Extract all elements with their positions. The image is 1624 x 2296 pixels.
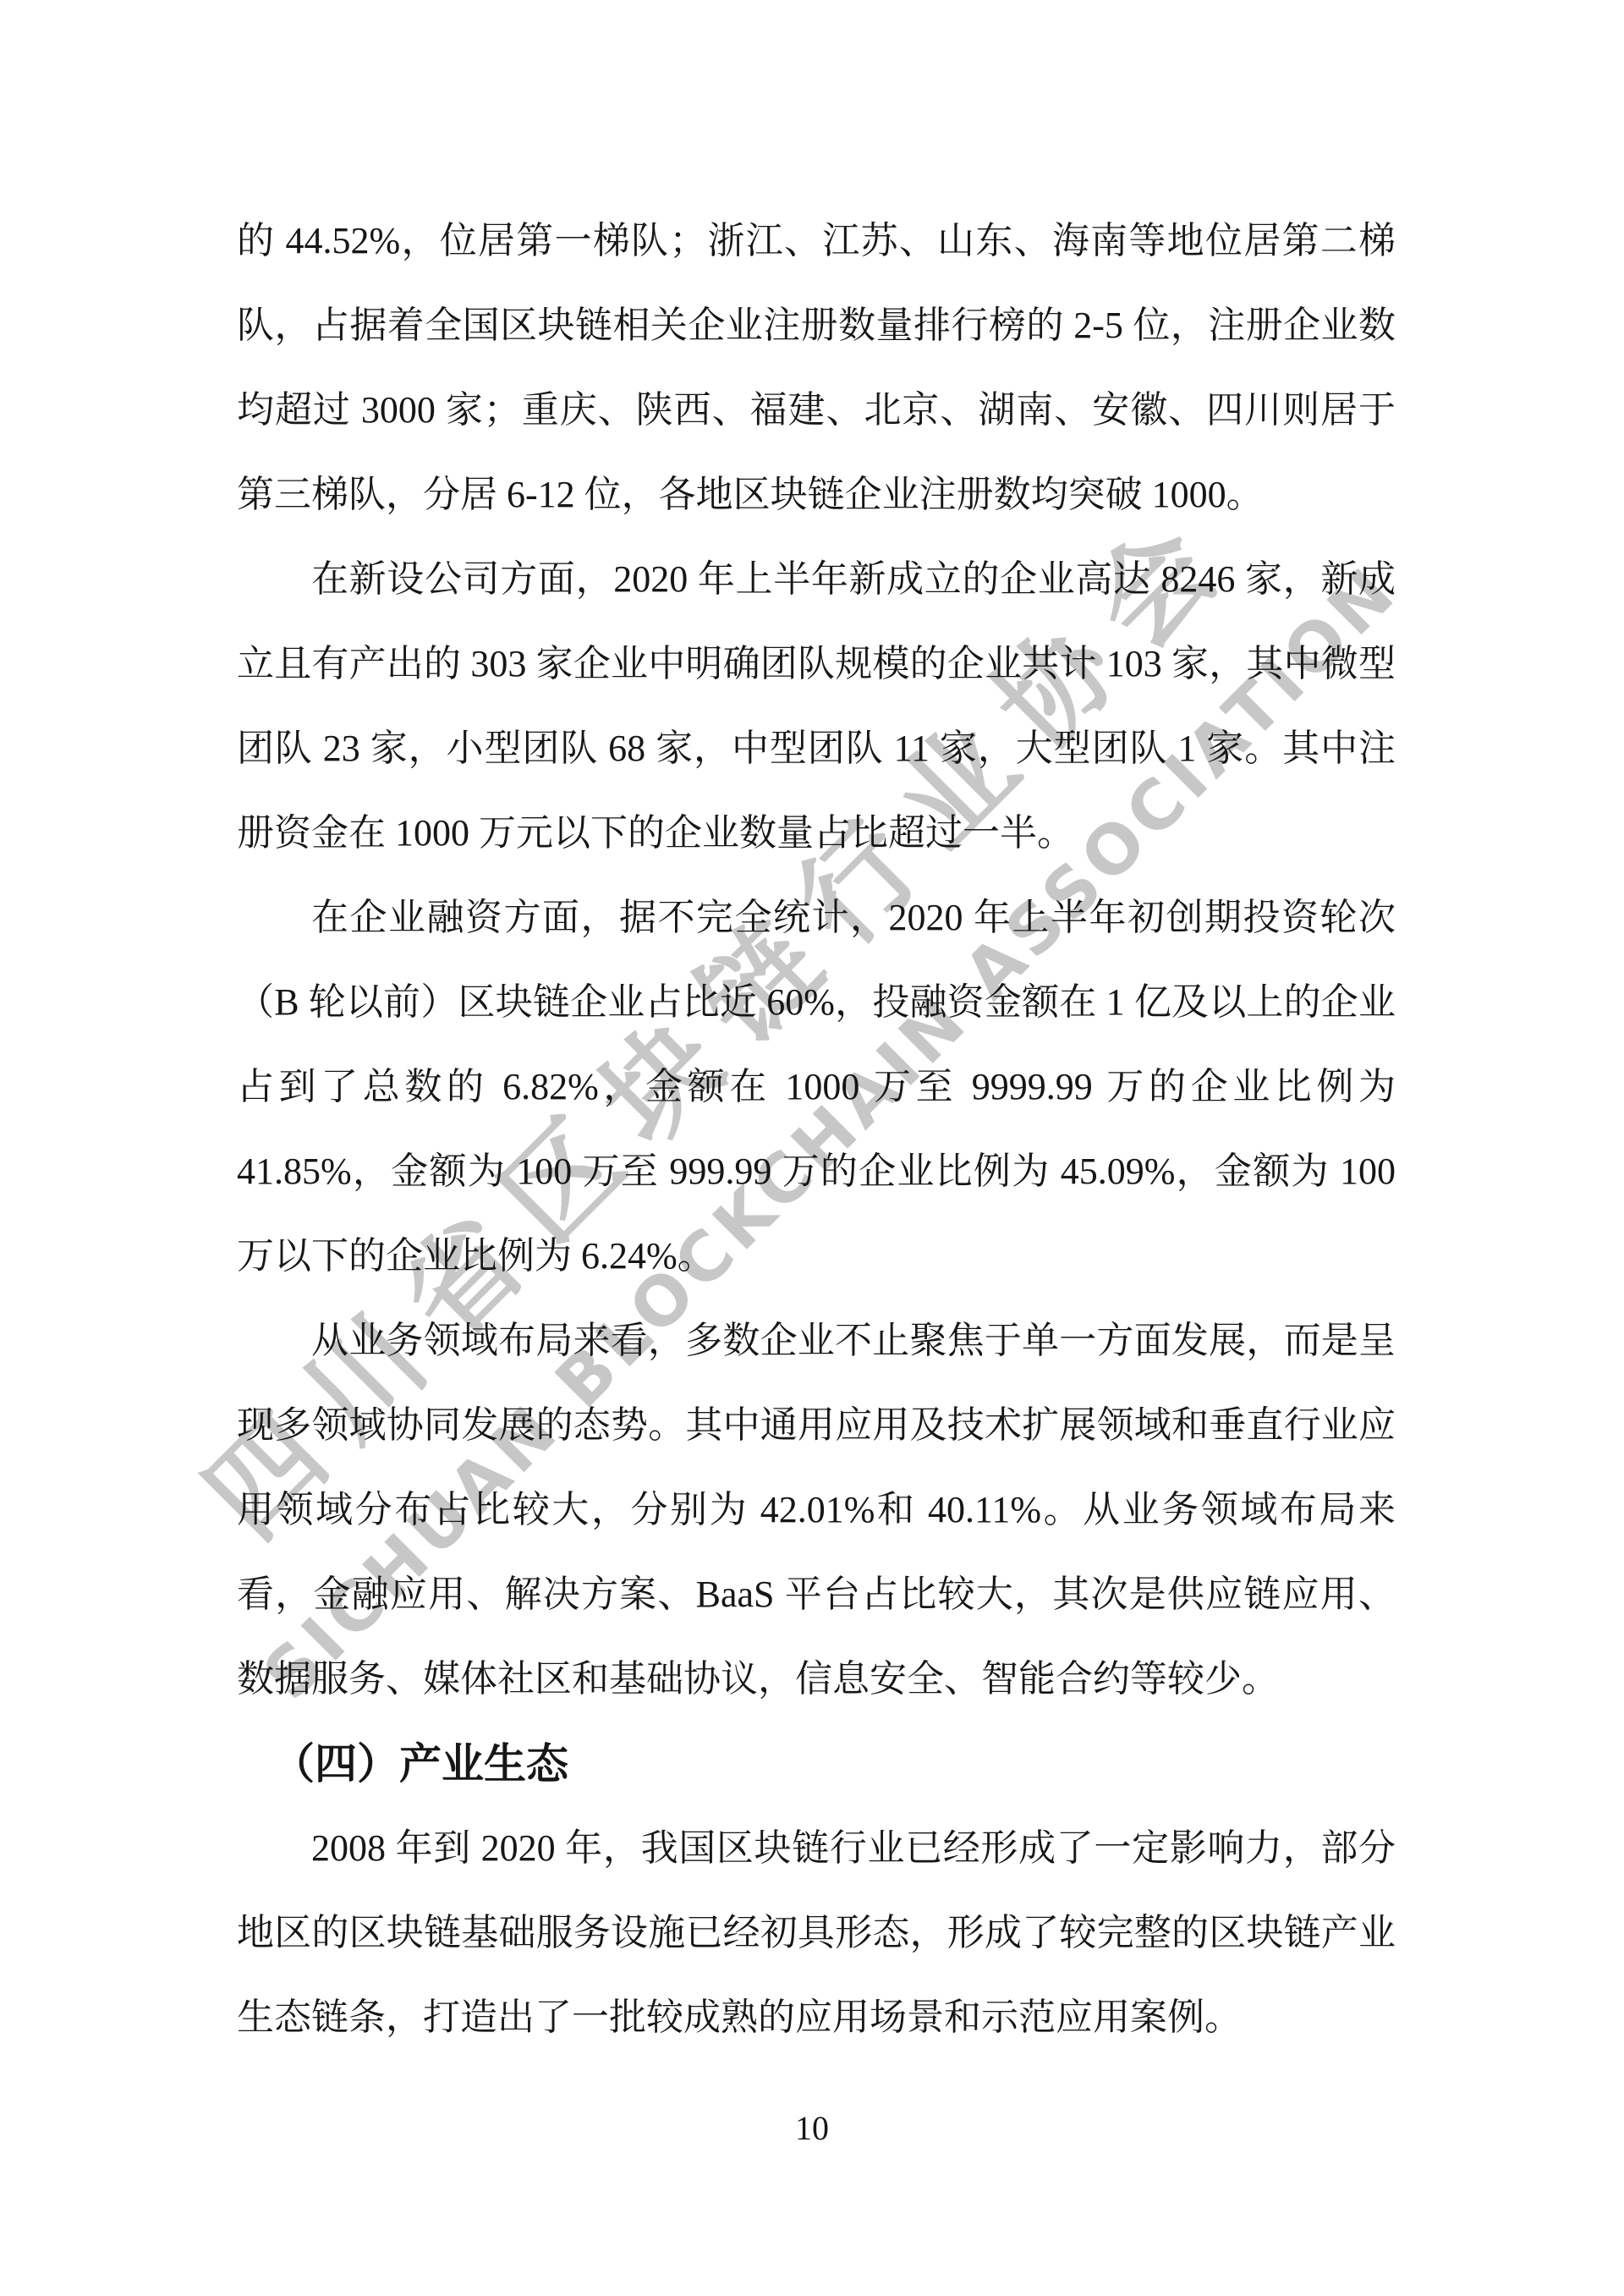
- paragraph-new-companies: 在新设公司方面，2020 年上半年新成立的企业高达 8246 家，新成立且有产出…: [237, 537, 1396, 876]
- paragraph-industry-ecology: 2008 年到 2020 年，我国区块链行业已经形成了一定影响力，部分地区的区块…: [237, 1806, 1396, 2060]
- paragraph-business-domains: 从业务领域布局来看，多数企业不止聚焦于单一方面发展，而是呈现多领域协同发展的态势…: [237, 1299, 1396, 1722]
- page-body: 的 44.52%，位居第一梯队；浙江、江苏、山东、海南等地位居第二梯队，占据着全…: [237, 199, 1396, 2060]
- page-number: 10: [0, 2108, 1624, 2149]
- document-page: 四川省区块链行业协会 SICHUAN BLOCKCHAIN ASSOCIATIO…: [0, 0, 1624, 2296]
- section-heading: （四）产业生态: [272, 1722, 1396, 1806]
- paragraph-financing: 在企业融资方面，据不完全统计，2020 年上半年初创期投资轮次（B 轮以前）区块…: [237, 876, 1396, 1299]
- paragraph-region-tiers: 的 44.52%，位居第一梯队；浙江、江苏、山东、海南等地位居第二梯队，占据着全…: [237, 199, 1396, 537]
